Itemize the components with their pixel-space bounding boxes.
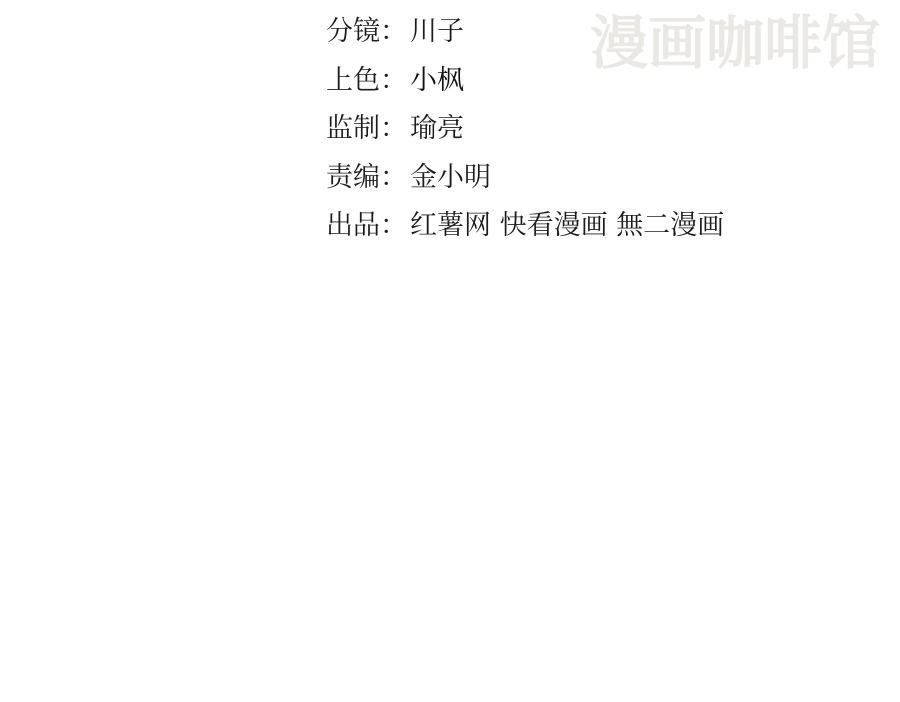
credit-separator: ： [380, 59, 410, 103]
credit-separator: ： [380, 204, 410, 248]
credit-label: 上色 [326, 59, 380, 103]
credit-row-publisher: 出品 ： 红薯网 快看漫画 無二漫画 [326, 202, 724, 251]
credit-row-colorist: 上色 ： 小枫 [326, 57, 724, 106]
credit-value: 川子 [410, 10, 464, 54]
credit-separator: ： [380, 156, 410, 200]
credit-value: 小枫 [410, 59, 464, 103]
credit-label: 责编 [326, 156, 380, 200]
credit-value: 红薯网 快看漫画 無二漫画 [410, 204, 724, 248]
credit-row-supervisor: 监制 ： 瑜亮 [326, 105, 724, 154]
credit-label: 监制 [326, 107, 380, 151]
credit-label: 出品 [326, 204, 380, 248]
credit-value: 瑜亮 [410, 107, 464, 151]
credit-row-storyboard: 分镜 ： 川子 [326, 8, 724, 57]
credit-separator: ： [380, 107, 410, 151]
credits-list: 分镜 ： 川子 上色 ： 小枫 监制 ： 瑜亮 责编 ： 金小明 出品 ： 红薯… [326, 8, 724, 251]
credit-value: 金小明 [410, 156, 491, 200]
credit-row-editor: 责编 ： 金小明 [326, 154, 724, 203]
credit-label: 分镜 [326, 10, 380, 54]
credit-separator: ： [380, 10, 410, 54]
